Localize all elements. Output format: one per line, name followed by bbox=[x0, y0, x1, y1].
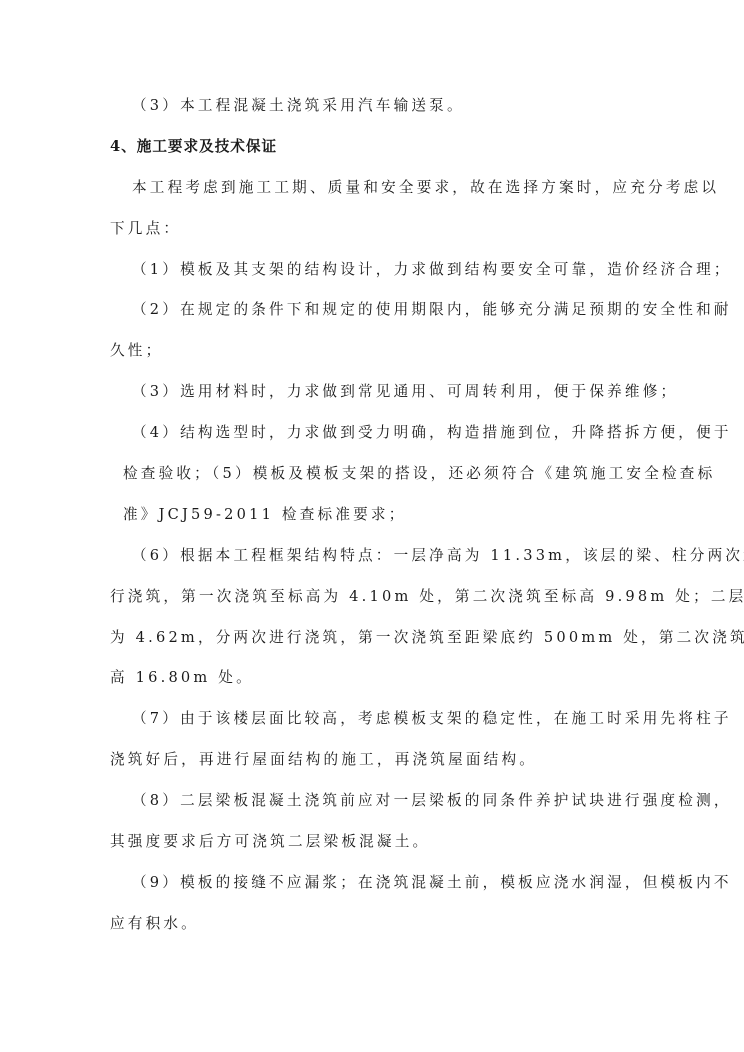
paragraph-line: 为 4.62m，分两次进行浇筑，第一次浇筑至距梁底约 500mm 处，第二次浇筑… bbox=[110, 618, 634, 659]
paragraph-line: 应有积水。 bbox=[110, 904, 634, 945]
paragraph-line: 下几点： bbox=[110, 209, 634, 250]
list-item-4: （4）结构选型时，力求做到受力明确，构造措施到位，升降搭拆方便，便于 bbox=[110, 413, 634, 454]
list-item-1: （1）模板及其支架的结构设计，力求做到结构要安全可靠，造价经济合理； bbox=[110, 250, 634, 291]
list-item-2: （2）在规定的条件下和规定的使用期限内，能够充分满足预期的安全性和耐 bbox=[110, 290, 634, 331]
list-item-3: （3）选用材料时，力求做到常见通用、可周转利用，便于保养维修； bbox=[110, 372, 634, 413]
paragraph-line: 准》JCJ59-2011 检查标准要求； bbox=[110, 495, 634, 536]
list-item-6: （6）根据本工程框架结构特点：一层净高为 11.33m，该层的梁、柱分两次进 bbox=[110, 536, 634, 577]
paragraph-line: 本工程考虑到施工工期、质量和安全要求，故在选择方案时，应充分考虑以 bbox=[110, 168, 634, 209]
section-heading: 4、施工要求及技术保证 bbox=[110, 127, 634, 168]
paragraph-line: 其强度要求后方可浇筑二层梁板混凝土。 bbox=[110, 822, 634, 863]
paragraph-line: （3）本工程混凝土浇筑采用汽车输送泵。 bbox=[110, 86, 634, 127]
list-item-8: （8）二层梁板混凝土浇筑前应对一层梁板的同条件养护试块进行强度检测， bbox=[110, 781, 634, 822]
list-item-5: 检查验收；（5）模板及模板支架的搭设，还必须符合《建筑施工安全检查标 bbox=[110, 454, 634, 495]
paragraph-line: 行浇筑，第一次浇筑至标高为 4.10m 处，第二次浇筑至标高 9.98m 处；二… bbox=[110, 577, 634, 618]
paragraph-line: 高 16.80m 处。 bbox=[110, 658, 634, 699]
list-item-9: （9）模板的接缝不应漏浆；在浇筑混凝土前，模板应浇水润湿，但模板内不 bbox=[110, 863, 634, 904]
document-page: （3）本工程混凝土浇筑采用汽车输送泵。 4、施工要求及技术保证 本工程考虑到施工… bbox=[110, 86, 634, 945]
list-item-7: （7）由于该楼层面比较高，考虑模板支架的稳定性，在施工时采用先将柱子 bbox=[110, 699, 634, 740]
paragraph-line: 浇筑好后，再进行屋面结构的施工，再浇筑屋面结构。 bbox=[110, 740, 634, 781]
paragraph-line: 久性； bbox=[110, 331, 634, 372]
